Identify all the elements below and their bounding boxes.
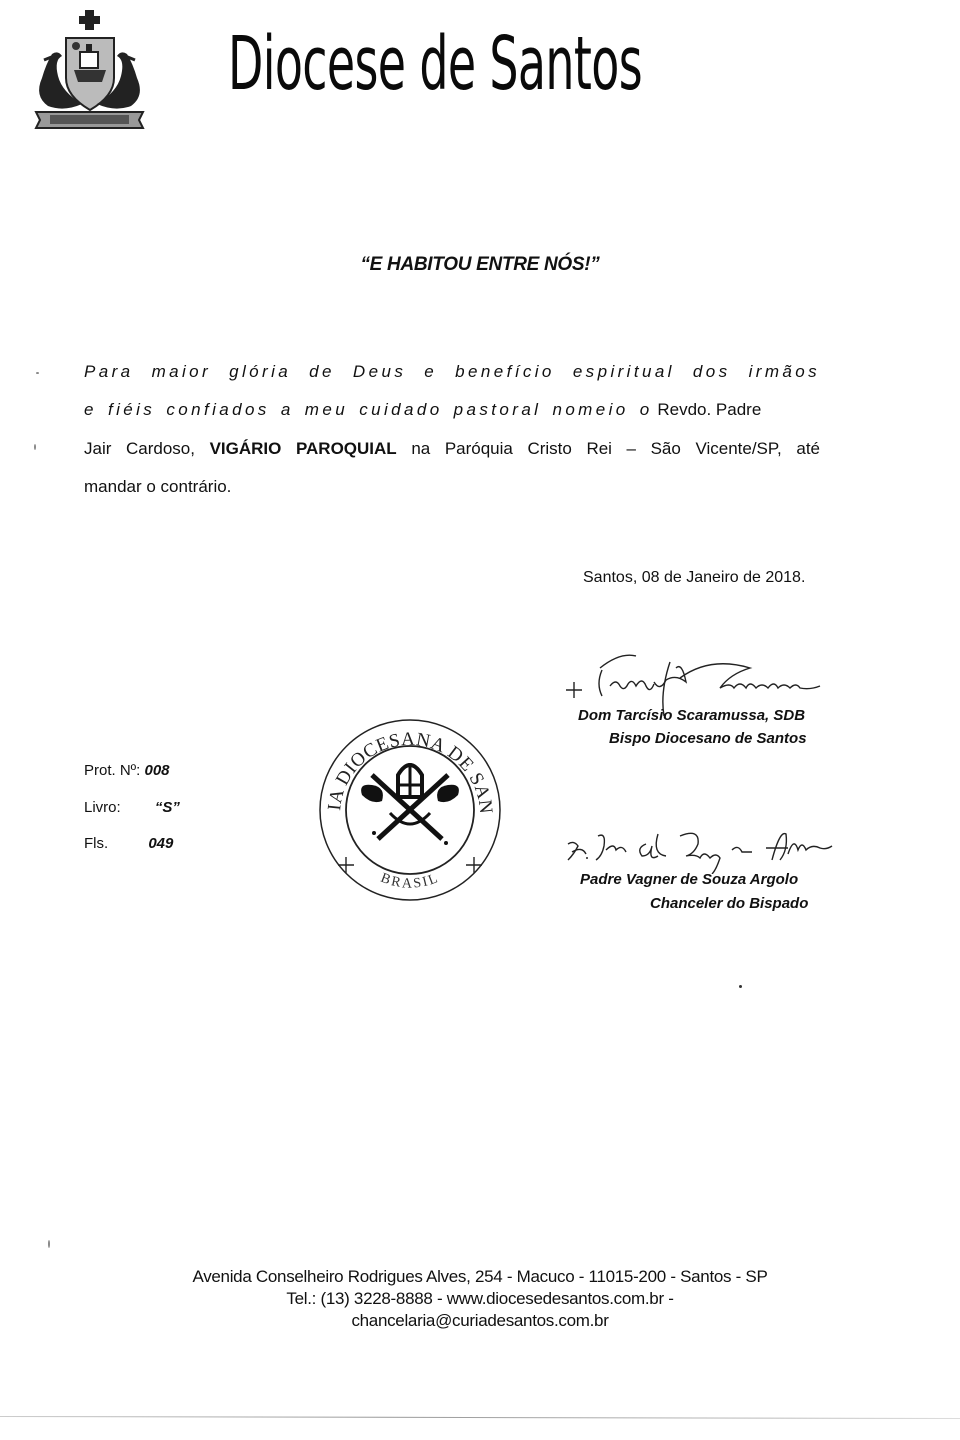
appointee-name: Jair Cardoso, <box>84 439 195 458</box>
body-line-1: Para maior glória de Deus e benefício es… <box>84 362 820 382</box>
bishop-name: Dom Tarcísio Scaramussa, SDB <box>578 707 805 724</box>
protocol-number: Prot. Nº: 008 <box>84 762 170 779</box>
protocol-label: Prot. Nº: <box>84 762 140 779</box>
seal-top-text: CURIA DIOCESANA DE SANTOS <box>310 715 496 815</box>
folio-value: 049 <box>148 835 173 852</box>
footer-phone-website: Tel.: (13) 3228-8888 - www.diocesedesant… <box>0 1288 960 1310</box>
folio-label: Fls. <box>84 835 108 852</box>
scan-speck <box>34 444 36 450</box>
motto-heading: “E HABITOU ENTRE NÓS!” <box>0 254 960 276</box>
page-title: Diocese de Santos <box>228 18 642 111</box>
body-line-4: mandar o contrário. <box>84 477 820 497</box>
chancellor-title: Chanceler do Bispado <box>650 895 808 912</box>
protocol-value: 008 <box>145 762 170 779</box>
episcopal-seal-icon: CURIA DIOCESANA DE SANTOS BRASIL <box>310 715 510 905</box>
scan-speck <box>36 372 39 374</box>
footer-email: chancelaria@curiadesantos.com.br <box>0 1310 960 1332</box>
page-edge-line <box>0 1416 960 1419</box>
diocese-coat-of-arms-icon <box>22 8 157 130</box>
scan-speck <box>48 1240 50 1248</box>
bishop-signature-icon <box>562 648 852 716</box>
scan-speck <box>739 985 742 988</box>
chancellor-name: Padre Vagner de Souza Argolo <box>580 871 798 888</box>
body-line-2: e fiéis confiados a meu cuidado pastoral… <box>84 400 820 420</box>
bishop-title: Bispo Diocesano de Santos <box>609 730 807 747</box>
document-date: Santos, 08 de Janeiro de 2018. <box>583 569 805 587</box>
appointment-parish: na Paróquia Cristo Rei – São Vicente/SP,… <box>411 439 820 458</box>
footer-contact: Avenida Conselheiro Rodrigues Alves, 254… <box>0 1266 960 1332</box>
body-line-3: Jair Cardoso, VIGÁRIO PAROQUIAL na Paróq… <box>84 439 820 459</box>
body-line-2-italic: e fiéis confiados a meu cuidado pastoral… <box>84 400 653 419</box>
appointment-role: VIGÁRIO PAROQUIAL <box>210 439 397 458</box>
protocol-folio: Fls. 049 <box>84 835 173 852</box>
body-line-2-normal: Revdo. Padre <box>657 400 761 419</box>
chancellor-signature-icon <box>562 826 842 874</box>
book-label: Livro: <box>84 799 121 816</box>
protocol-book: Livro: “S” <box>84 799 180 816</box>
svg-text:CURIA DIOCESANA DE SANTOS: CURIA DIOCESANA DE SANTOS <box>310 715 496 815</box>
book-value: “S” <box>155 799 180 816</box>
footer-address: Avenida Conselheiro Rodrigues Alves, 254… <box>0 1266 960 1288</box>
